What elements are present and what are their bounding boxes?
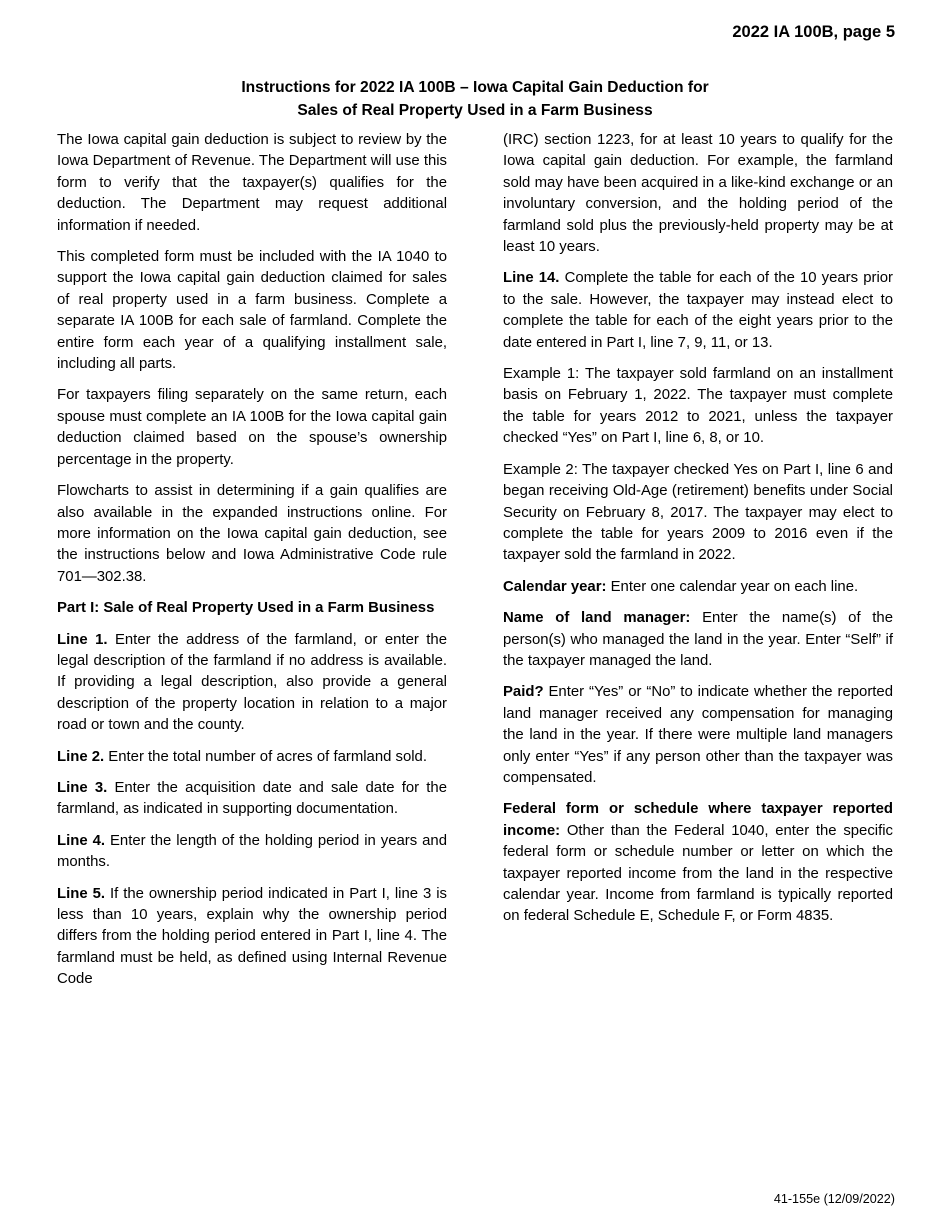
para-calendar-year-lead: Calendar year: — [503, 579, 606, 595]
para-line-1: Line 1. Enter the address of the farmlan… — [57, 630, 447, 737]
para-example-1: Example 1: The taxpayer sold farmland on… — [503, 364, 893, 450]
para-flowcharts: Flowcharts to assist in determining if a… — [57, 481, 447, 588]
para-line-14-lead: Line 14. — [503, 270, 559, 286]
para-form-inclusion: This completed form must be included wit… — [57, 247, 447, 375]
page-title-line-2: Sales of Real Property Used in a Farm Bu… — [0, 100, 950, 123]
para-example-2-text: Example 2: The taxpayer checked Yes on P… — [503, 462, 893, 564]
para-line-2-text: Enter the total number of acres of farml… — [104, 749, 427, 765]
para-line-4-text: Enter the length of the holding period i… — [57, 833, 447, 870]
para-calendar-year: Calendar year: Enter one calendar year o… — [503, 577, 893, 598]
para-line-4: Line 4. Enter the length of the holding … — [57, 831, 447, 874]
para-calendar-year-text: Enter one calendar year on each line. — [606, 579, 858, 595]
para-deduction-review-text: The Iowa capital gain deduction is subje… — [57, 132, 447, 234]
para-paid-text: Enter “Yes” or “No” to indicate whether … — [503, 684, 893, 786]
para-federal-form-text: Other than the Federal 1040, enter the s… — [503, 823, 893, 925]
para-line-1-lead: Line 1. — [57, 632, 108, 648]
para-line-4-lead: Line 4. — [57, 833, 105, 849]
para-land-manager-lead: Name of land manager: — [503, 610, 690, 626]
para-federal-form: Federal form or schedule where taxpayer … — [503, 799, 893, 927]
para-line-5-continued-text: (IRC) section 1223, for at least 10 year… — [503, 132, 893, 255]
para-example-2: Example 2: The taxpayer checked Yes on P… — [503, 460, 893, 567]
para-line-5-continued: (IRC) section 1223, for at least 10 year… — [503, 130, 893, 258]
page-title-line-1: Instructions for 2022 IA 100B – Iowa Cap… — [0, 77, 950, 100]
para-line-5-text: If the ownership period indicated in Par… — [57, 886, 447, 988]
para-separate-filers: For taxpayers filing separately on the s… — [57, 385, 447, 471]
para-line-2-lead: Line 2. — [57, 749, 104, 765]
para-line-14: Line 14. Complete the table for each of … — [503, 268, 893, 354]
para-form-inclusion-text: This completed form must be included wit… — [57, 249, 447, 372]
para-example-1-text: Example 1: The taxpayer sold farmland on… — [503, 366, 893, 446]
para-paid-lead: Paid? — [503, 684, 544, 700]
para-line-3-lead: Line 3. — [57, 780, 107, 796]
para-deduction-review: The Iowa capital gain deduction is subje… — [57, 130, 447, 237]
para-line-1-text: Enter the address of the farmland, or en… — [57, 632, 447, 734]
document-page: 2022 IA 100B, page 5 Instructions for 20… — [0, 0, 950, 1230]
para-paid: Paid? Enter “Yes” or “No” to indicate wh… — [503, 682, 893, 789]
para-line-3: Line 3. Enter the acquisition date and s… — [57, 778, 447, 821]
para-line-5-lead: Line 5. — [57, 886, 105, 902]
para-line-3-text: Enter the acquisition date and sale date… — [57, 780, 447, 817]
heading-part-1: Part I: Sale of Real Property Used in a … — [57, 598, 447, 619]
para-separate-filers-text: For taxpayers filing separately on the s… — [57, 387, 447, 467]
page-header: 2022 IA 100B, page 5 — [57, 23, 895, 42]
para-line-14-text: Complete the table for each of the 10 ye… — [503, 270, 893, 350]
instruction-columns: The Iowa capital gain deduction is subje… — [57, 130, 893, 1001]
heading-part-1-lead: Part I: Sale of Real Property Used in a … — [57, 600, 434, 616]
page-title: Instructions for 2022 IA 100B – Iowa Cap… — [0, 77, 950, 122]
para-line-2: Line 2. Enter the total number of acres … — [57, 747, 447, 768]
para-flowcharts-text: Flowcharts to assist in determining if a… — [57, 483, 447, 585]
left-column: The Iowa capital gain deduction is subje… — [57, 130, 447, 1001]
right-column: (IRC) section 1223, for at least 10 year… — [503, 130, 893, 1001]
form-number: 41-155e (12/09/2022) — [774, 1192, 895, 1207]
para-land-manager: Name of land manager: Enter the name(s) … — [503, 608, 893, 672]
para-line-5: Line 5. If the ownership period indicate… — [57, 884, 447, 991]
